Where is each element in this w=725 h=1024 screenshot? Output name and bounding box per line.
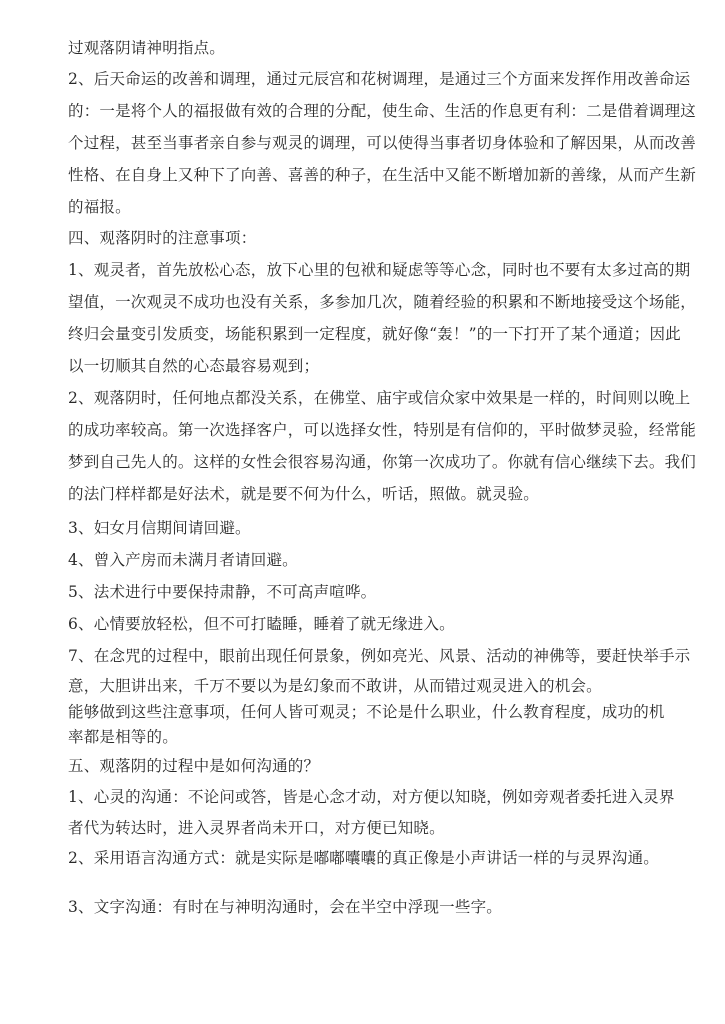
text-line-item-5: 5、法术进行中要保持肃静，不可高声喧哗。: [68, 582, 376, 602]
text-line-item-3: 3、妇女月信期间请回避。: [68, 518, 251, 538]
text-line: 以一切顺其自然的心态最容易观到；: [68, 356, 319, 376]
text-line-item-2: 2、采用语言沟通方式：就是实际是嘟嘟囔囔的真正像是小声讲话一样的与灵界沟通。: [68, 848, 659, 868]
text-line: 的法门样样都是好法术，就是要不何为什么，听话，照做。就灵验。: [68, 484, 539, 504]
text-line: 性格、在自身上又种下了向善、喜善的种子，在生活中又能不断增加新的善缘，从而产生新: [68, 165, 696, 185]
text-line: 者代为转达时，进入灵界者尚未开口，对方便已知晓。: [68, 818, 445, 838]
text-line-continuation: 过观落阴请神明指点。: [68, 38, 225, 58]
text-line: 的成功率较高。第一次选择客户，可以选择女性，特别是有信仰的，平时做梦灵验，经常能: [68, 420, 696, 440]
text-line-item-3: 3、文字沟通：有时在与神明沟通时，会在半空中浮现一些字。: [68, 897, 502, 917]
text-line: 梦到自己先人的。这样的女性会很容易沟通，你第一次成功了。你就有信心继续下去。我们: [68, 452, 696, 472]
text-line-item-7: 7、在念咒的过程中，眼前出现任何景象，例如亮光、风景、活动的神佛等，要赶快举手示: [68, 646, 690, 666]
text-line: 率都是相等的。: [68, 727, 178, 747]
document-page: 过观落阴请神明指点。 2、后天命运的改善和调理，通过元辰宫和花树调理，是通过三个…: [0, 0, 725, 1024]
text-line: 终归会量变引发质变，场能积累到一定程度，就好像“轰！”的一下打开了某个通道；因此: [68, 324, 681, 344]
text-line-item-6: 6、心情要放轻松，但不可打瞌睡，睡着了就无缘进入。: [68, 614, 455, 634]
text-line-item-2-fate: 2、后天命运的改善和调理，通过元辰宫和花树调理，是通过三个方面来发挥作用改善命运: [68, 69, 690, 89]
text-line: 的：一是将个人的福报做有效的合理的分配，使生命、生活的作息更有利：二是借着调理这: [68, 101, 696, 121]
text-line: 的福报。: [68, 197, 131, 217]
text-line: 意，大胆讲出来，千万不要以为是幻象而不敢讲，从而错过观灵进入的机会。: [68, 676, 602, 696]
text-line-item-2: 2、观落阴时，任何地点都没关系，在佛堂、庙宇或信众家中效果是一样的，时间则以晚上: [68, 388, 690, 408]
text-line: 个过程，甚至当事者亲自参与观灵的调理，可以使得当事者切身体验和了解因果，从而改善: [68, 133, 696, 153]
text-line-item-4: 4、曾入产房而未满月者请回避。: [68, 550, 298, 570]
text-line-item-1: 1、观灵者，首先放松心态，放下心里的包袱和疑虑等等心念，同时也不要有太多过高的期: [68, 260, 690, 280]
text-line-summary: 能够做到这些注意事项，任何人皆可观灵；不论是什么职业，什么教育程度，成功的机: [68, 702, 665, 722]
text-line-item-1: 1、心灵的沟通：不论问或答，皆是心念才动，对方便以知晓，例如旁观者委托进入灵界: [68, 787, 675, 807]
section-heading-4: 四、观落阴时的注意事项：: [68, 228, 256, 248]
section-heading-5: 五、观落阴的过程中是如何沟通的？: [68, 756, 319, 776]
text-line: 望值，一次观灵不成功也没有关系，多参加几次，随着经验的积累和不断地接受这个场能，: [68, 292, 696, 312]
